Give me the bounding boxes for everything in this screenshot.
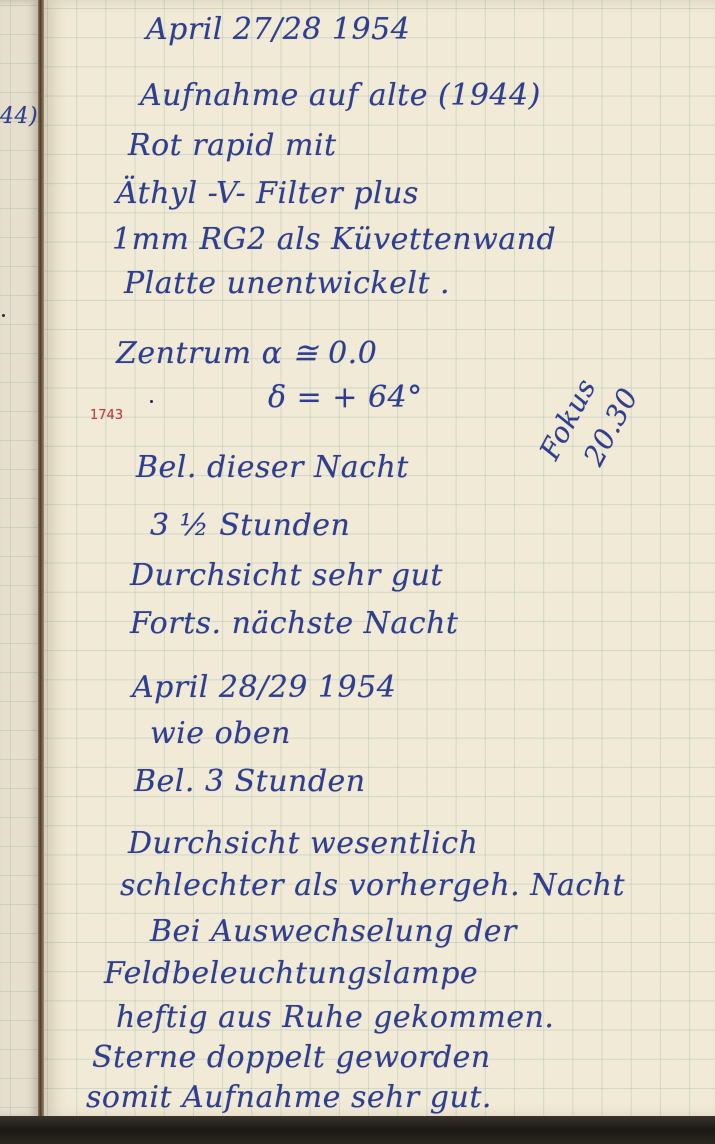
- left-page-edge: [0, 0, 40, 1118]
- log-line: schlechter als vorhergeh. Nacht: [120, 868, 625, 903]
- log-line: Bei Auswechselung der: [150, 914, 517, 949]
- entry-date-2: April 28/29 1954: [132, 670, 396, 705]
- notebook-scan: 44) April 27/28 1954 Aufnahme auf alte (…: [0, 0, 715, 1144]
- log-line: Aufnahme auf alte (1944): [140, 78, 541, 113]
- log-line: Bel. dieser Nacht: [136, 450, 409, 485]
- log-line: Durchsicht wesentlich: [128, 826, 478, 861]
- log-line: somit Aufnahme sehr gut.: [86, 1080, 492, 1115]
- log-line: Platte unentwickelt .: [124, 266, 450, 301]
- log-line-delta: δ = + 64°: [268, 380, 423, 415]
- log-line: 3 ½ Stunden: [150, 508, 350, 543]
- log-line: Bel. 3 Stunden: [134, 764, 366, 799]
- left-page-dot: [2, 314, 5, 317]
- log-line: Sterne doppelt geworden: [92, 1040, 491, 1075]
- entry-date-1: April 27/28 1954: [146, 12, 410, 47]
- log-line: Durchsicht sehr gut: [130, 558, 443, 593]
- notebook-cover-edge: [0, 1116, 715, 1144]
- ink-dot: [150, 400, 153, 403]
- log-line: 1mm RG2 als Küvettenwand: [112, 222, 556, 257]
- log-line: Äthyl -V- Filter plus: [116, 176, 419, 211]
- log-line: heftig aus Ruhe gekommen.: [116, 1000, 554, 1035]
- log-line-alpha: Zentrum α ≅ 0.0: [116, 336, 377, 371]
- log-line: Forts. nächste Nacht: [130, 606, 459, 641]
- margin-number-red: 1743: [90, 408, 123, 423]
- log-line: Rot rapid mit: [128, 128, 337, 163]
- log-line: wie oben: [150, 716, 291, 751]
- left-page-fragment: 44): [0, 104, 38, 129]
- log-line: Feldbeleuchtungslampe: [104, 956, 478, 991]
